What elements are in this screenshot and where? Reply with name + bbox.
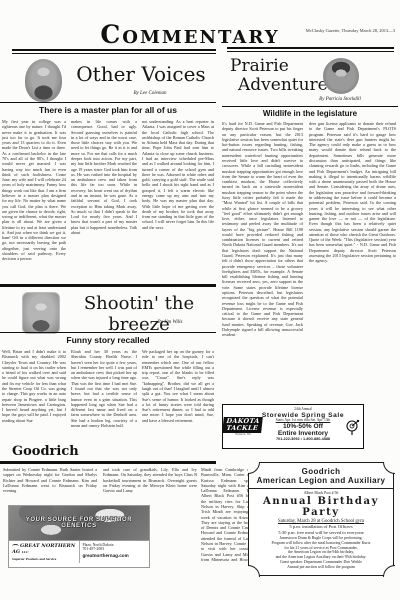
divider — [222, 106, 398, 107]
divider — [0, 102, 216, 103]
leaf-swoosh-icon — [12, 544, 19, 548]
goodrich-column-2: and took care of grandkids, Lily, Ella a… — [103, 467, 197, 503]
great-northern-logo: GREAT NORTHERN AG LLC — [12, 543, 76, 555]
prairie-title-line1: Prairie — [230, 57, 325, 76]
prairie-adventures-column-1: It's hard for N.D. Game and Fish Departm… — [222, 121, 303, 401]
other-voices-headline: There is a master plan for all of us — [0, 105, 216, 115]
prairie-adventures-byline: By Patricia Stockdill — [300, 97, 380, 102]
legion-ad-title: Goodrich American Legion and Auxiliary — [249, 463, 393, 489]
gn-website: greatnorthernag.com — [83, 553, 147, 558]
jim-wills-photo — [22, 292, 60, 334]
legion-birthday-ad: Goodrich American Legion and Auxiliary A… — [248, 462, 394, 576]
gn-banner-text: YOUR SOURCE FOR SUPERIOR GENETICS — [9, 517, 149, 529]
goodrich-section-title: Goodrich — [12, 444, 79, 459]
legion-body-line: Annual pie auction will follow the progr… — [253, 565, 389, 570]
other-voices-byline: By Lee Coleman — [110, 91, 190, 96]
shootin-breeze-headline: Funny story recalled — [0, 335, 216, 345]
gn-phone: 701-497-2083 — [83, 547, 147, 551]
dakota-logo-line2: TACKLE — [226, 425, 260, 432]
prairie-adventures-title: Prairie Adventures — [230, 57, 325, 94]
fishing-reel-icon — [345, 407, 361, 446]
goodrich-column-3: Mindi from Cambridge and Burnsville, Min… — [201, 467, 253, 563]
divider — [0, 332, 216, 333]
shootin-breeze-byline: By Jim Wills — [140, 320, 200, 325]
dakota-tackle-ad: DAKOTA TACKLE Bismarck, ND 24th Annual S… — [222, 404, 364, 449]
dakota-discount: 10%-50% Off — [261, 423, 345, 430]
section-divider — [0, 461, 216, 464]
legion-body-line: Program will follow after the meal honor… — [253, 541, 389, 546]
section-divider — [0, 284, 216, 287]
other-voices-title: Other Voices — [68, 62, 214, 86]
prairie-title-line2: Adventures — [230, 76, 325, 95]
dakota-inventory: Entire Inventory — [261, 430, 345, 437]
lee-coleman-photo — [25, 59, 62, 102]
dakota-phone: 701-222-3092 • 1-800-880-4888 — [261, 437, 345, 441]
other-voices-column-2: makes in life comes with a consequence. … — [71, 119, 137, 302]
patricia-stockdill-photo — [323, 58, 359, 94]
dakota-tackle-logo: DAKOTA TACKLE Bismarck, ND — [225, 407, 261, 446]
legion-title-line2: American Legion and Auxiliary — [251, 476, 391, 485]
gn-tagline: Superior Products and Service — [12, 557, 76, 561]
header-rule-left — [12, 49, 216, 54]
other-voices-column-1: My first year in college was a righteous… — [2, 119, 66, 302]
page-section-title: Commentary — [80, 20, 300, 49]
header-rule-right — [227, 47, 394, 52]
shootin-breeze-column-1: Well, Brian and I didn't make it to Bism… — [2, 349, 66, 433]
other-voices-column-3: not understanding. As a beat reporter in… — [142, 119, 214, 302]
shootin-breeze-column-3: We packaged her up on the gurney for a r… — [142, 349, 214, 433]
goodrich-column-1: Submitted by Connie Erdmann. Ruth Sauter… — [3, 467, 97, 503]
paper-date-page: McClusky Gazette, Thursday March 28, 201… — [265, 28, 395, 33]
prairie-adventures-headline: Wildlife in the legislature — [222, 109, 398, 118]
legion-post: Albert Black Post # 56 — [253, 491, 389, 495]
plant-photo: YOUR SOURCE FOR SUPERIOR GENETICS — [9, 506, 149, 540]
great-northern-ag-ad: YOUR SOURCE FOR SUPERIOR GENETICS GREAT … — [8, 505, 150, 568]
shootin-breeze-column-2: Eloah and her 30 years as the Sheridan C… — [71, 349, 137, 433]
shootin-breeze-title: Shootin' the breeze — [62, 293, 216, 335]
newspaper-page: Commentary McClusky Gazette, Thursday Ma… — [0, 0, 400, 600]
dakota-address: Bismarck, ND — [236, 433, 251, 436]
legion-title-line1: Goodrich — [251, 467, 391, 476]
prairie-adventures-column-2: deer gun license applicants to donate th… — [309, 121, 396, 401]
gn-logo-suffix: LLC — [22, 550, 29, 554]
legion-event-name: Annual Birthday Party — [253, 496, 389, 518]
